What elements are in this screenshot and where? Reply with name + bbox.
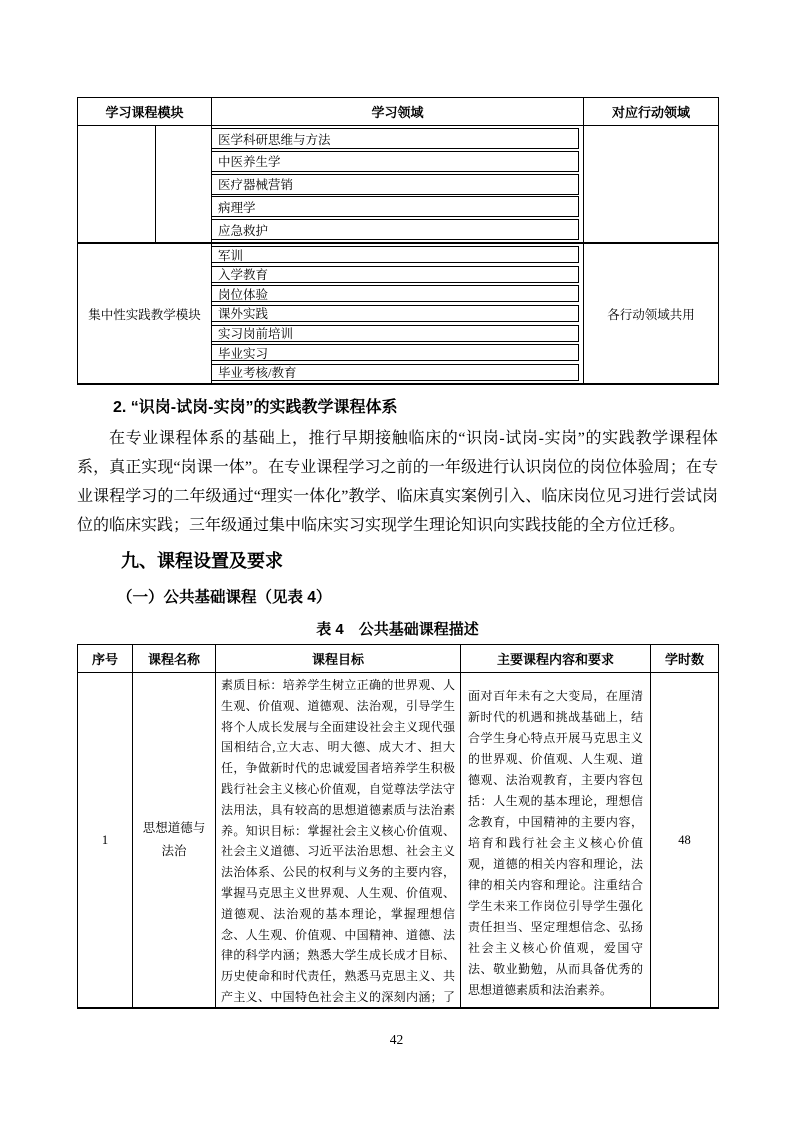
document-page: 学习课程模块 学习领域 对应行动领域 医学科研思维与方法 中医养生学 医疗器械营… [0, 0, 793, 1122]
table4-title: 表 4 公共基础课程描述 [77, 620, 718, 640]
course-item: 实习岗前培训 [212, 325, 579, 342]
subsection-heading-public-courses: （一）公共基础课程（见表 4） [117, 587, 718, 608]
t1-module-cell: 集中性实践教学模块 [78, 243, 212, 384]
course-item: 毕业考核/教育 [212, 364, 579, 381]
t1-courses-cell: 医学科研思维与方法 中医养生学 医疗器械营销 病理学 应急救护 [212, 126, 584, 244]
t4-header-content: 主要课程内容和要求 [461, 645, 651, 673]
content-text: 面对百年未有之大变局，在厘清新时代的机遇和挑战基础上，结合学生身心特点开展马克思… [468, 686, 643, 1001]
t1-action-cell: 各行动领域共用 [584, 243, 719, 384]
t1-block-practice: 集中性实践教学模块 军训 入学教育 岗位体验 课外实践 实习岗前培训 毕业实习 … [78, 243, 719, 384]
course-item: 毕业实习 [212, 344, 579, 361]
t4-header-no: 序号 [78, 645, 133, 673]
t1-module-cell-empty [78, 126, 156, 244]
course-item: 军训 [212, 246, 579, 263]
course-item: 医学科研思维与方法 [212, 128, 579, 149]
t1-header-learning-domain: 学习领域 [212, 98, 584, 126]
course-item: 入学教育 [212, 266, 579, 283]
section-heading-curriculum: 九、课程设置及要求 [121, 549, 718, 574]
course-list: 军训 入学教育 岗位体验 课外实践 实习岗前培训 毕业实习 毕业考核/教育 [212, 246, 579, 381]
t1-header-action-domain: 对应行动领域 [584, 98, 719, 126]
t1-header-row: 学习课程模块 学习领域 对应行动领域 [78, 98, 719, 126]
practice-system-paragraph: 在专业课程体系的基础上，推行早期接触临床的“识岗-试岗-实岗”的实践教学课程体系… [77, 424, 718, 540]
objectives-text: 素质目标：培养学生树立正确的世界观、人生观、价值观、道德观、法治观，引导学生将个… [221, 675, 455, 1007]
course-name-text: 思想道德与法治 [141, 817, 207, 863]
t4-cell-hours: 48 [651, 673, 719, 1009]
t4-cell-content: 面对百年未有之大变局，在厘清新时代的机遇和挑战基础上，结合学生身心特点开展马克思… [461, 673, 651, 1009]
t1-courses-cell: 军训 入学教育 岗位体验 课外实践 实习岗前培训 毕业实习 毕业考核/教育 [212, 243, 584, 384]
t1-header-module: 学习课程模块 [78, 98, 212, 126]
page-number: 42 [0, 1032, 793, 1048]
page-content: 学习课程模块 学习领域 对应行动领域 医学科研思维与方法 中医养生学 医疗器械营… [77, 97, 718, 1009]
t1-action-cell-empty [584, 126, 719, 244]
subsection-heading-practice-system: 2. “识岗-试岗-实岗”的实践教学课程体系 [113, 397, 718, 419]
t4-header-course-name: 课程名称 [133, 645, 216, 673]
learning-modules-table: 学习课程模块 学习领域 对应行动领域 医学科研思维与方法 中医养生学 医疗器械营… [77, 97, 719, 385]
t4-cell-course-name: 思想道德与法治 [133, 673, 216, 1009]
course-item: 应急救护 [212, 219, 579, 240]
course-item: 医疗器械营销 [212, 174, 579, 195]
public-courses-table: 序号 课程名称 课程目标 主要课程内容和要求 学时数 1 思想道德与法治 素质目… [77, 644, 719, 1009]
course-list: 医学科研思维与方法 中医养生学 医疗器械营销 病理学 应急救护 [212, 128, 579, 240]
course-item: 病理学 [212, 196, 579, 217]
t1-block-continued: 医学科研思维与方法 中医养生学 医疗器械营销 病理学 应急救护 [78, 126, 719, 244]
course-item: 课外实践 [212, 305, 579, 322]
t4-cell-no: 1 [78, 673, 133, 1009]
t4-header-hours: 学时数 [651, 645, 719, 673]
t1-submodule-cell-empty [156, 126, 212, 244]
course-item: 岗位体验 [212, 285, 579, 302]
t4-header-row: 序号 课程名称 课程目标 主要课程内容和要求 学时数 [78, 645, 719, 673]
table-row: 1 思想道德与法治 素质目标：培养学生树立正确的世界观、人生观、价值观、道德观、… [78, 673, 719, 1009]
t4-header-objectives: 课程目标 [216, 645, 461, 673]
course-item: 中医养生学 [212, 151, 579, 172]
t4-cell-objectives: 素质目标：培养学生树立正确的世界观、人生观、价值观、道德观、法治观，引导学生将个… [216, 673, 461, 1009]
